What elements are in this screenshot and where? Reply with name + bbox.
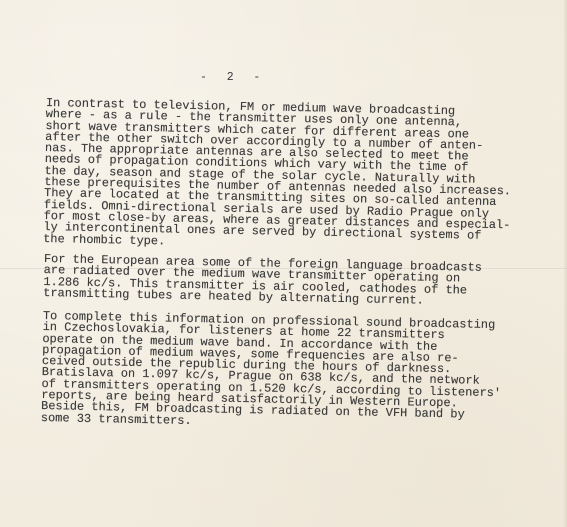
paragraph-shortwave-antennas: In contrast to television, FM or medium …	[43, 98, 566, 255]
paragraph-european-medium-wave: For the European area some of the foreig…	[43, 254, 564, 310]
paragraph-domestic-broadcasting: To complete this information on professi…	[41, 311, 563, 434]
page-number: - 2 -	[200, 71, 262, 84]
typewritten-page: - 2 - In contrast to television, FM or m…	[0, 0, 567, 527]
